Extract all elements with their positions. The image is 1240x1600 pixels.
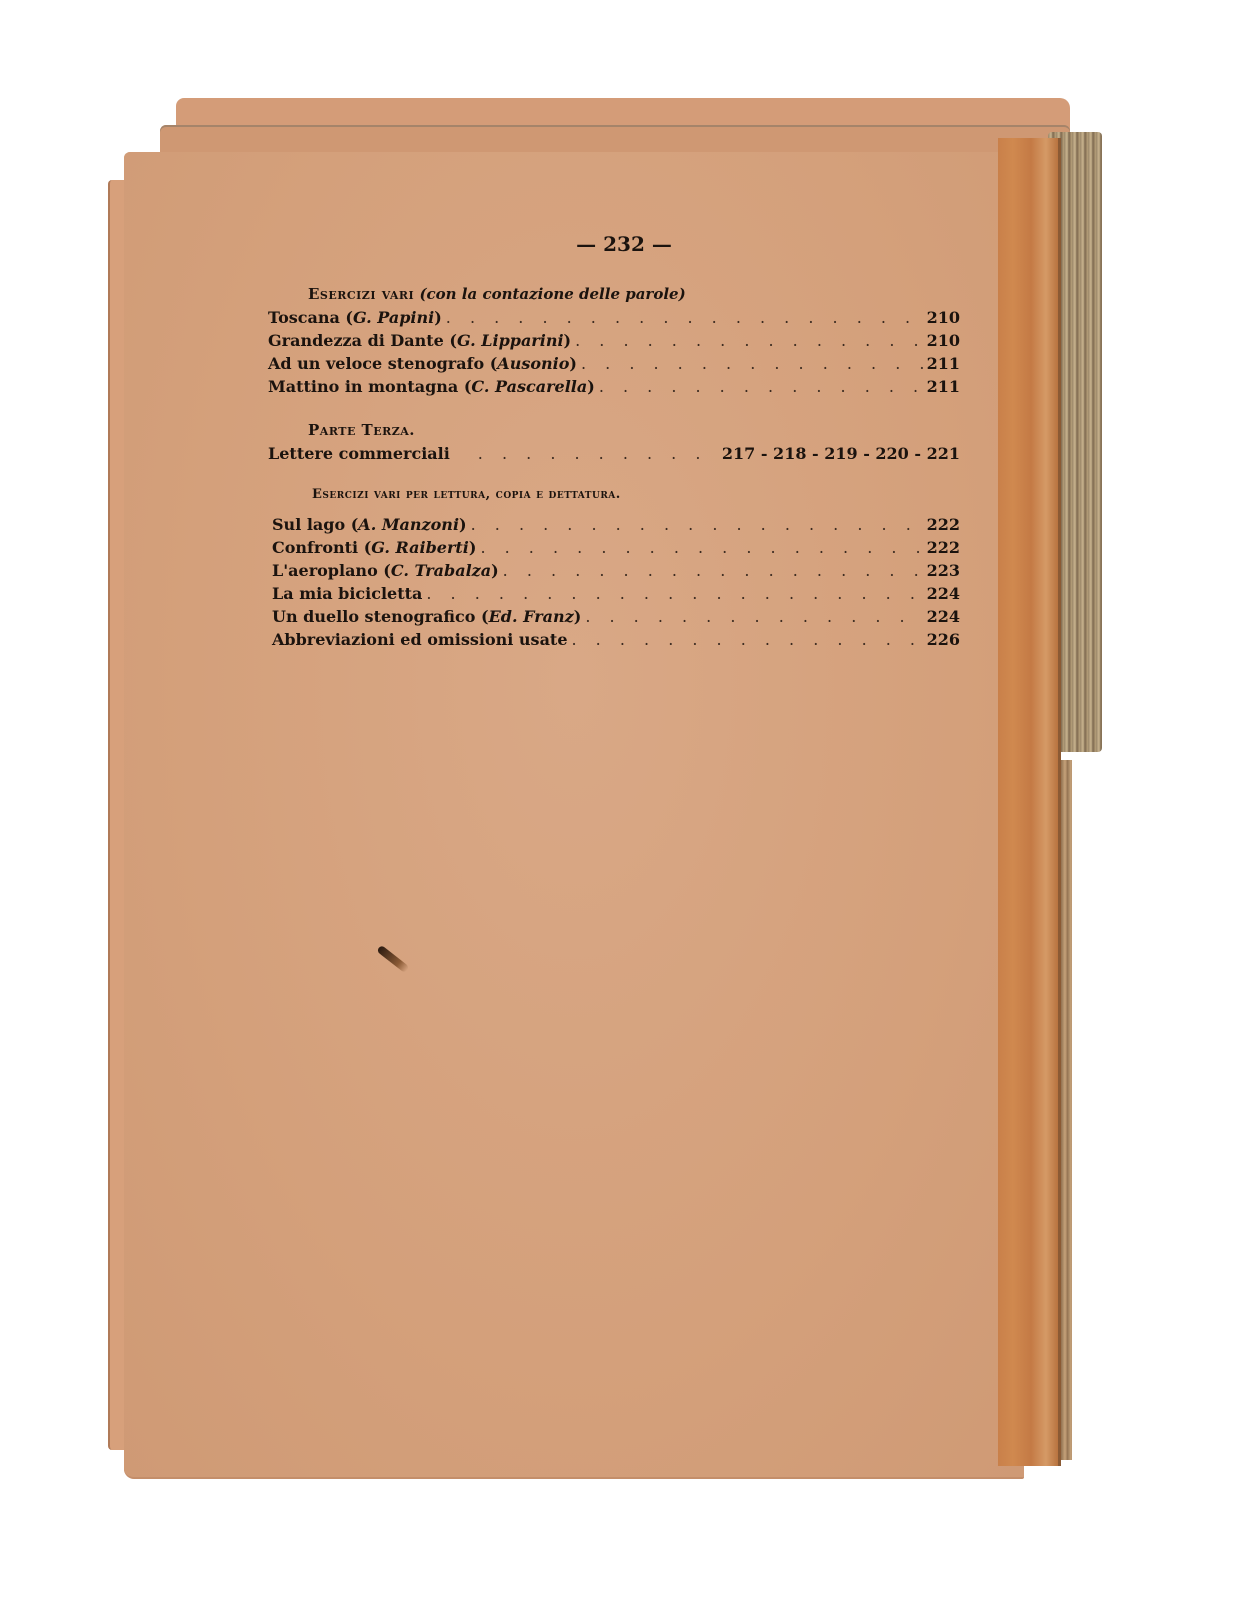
dot-leader bbox=[575, 329, 922, 352]
dot-leader bbox=[446, 306, 923, 329]
section-heading-esercizi-vari: Esercizi vari (con la contazione delle p… bbox=[268, 282, 960, 306]
toc-list-section-1: Toscana (G. Papini) 210 Grandezza di Dan… bbox=[268, 306, 960, 398]
toc-entry[interactable]: Mattino in montagna (C. Pascarella) 211 bbox=[268, 375, 960, 398]
dot-leader bbox=[503, 559, 923, 582]
toc-entry[interactable]: Confronti (G. Raiberti) 222 bbox=[272, 536, 960, 559]
section-heading-caps: Parte Terza. bbox=[308, 421, 415, 439]
toc-entry-page: 217 - 218 - 219 - 220 - 221 bbox=[722, 442, 960, 465]
toc-entry[interactable]: Grandezza di Dante (G. Lipparini) 210 bbox=[268, 329, 960, 352]
dot-leader bbox=[478, 442, 718, 465]
dot-leader bbox=[480, 536, 922, 559]
toc-entry[interactable]: La mia bicicletta 224 bbox=[272, 582, 960, 605]
toc-entry[interactable]: L'aeroplano (C. Trabalza) 223 bbox=[272, 559, 960, 582]
toc-entry-page: 222 bbox=[927, 536, 960, 559]
toc-entry-title: Ad un veloce stenografo (Ausonio) bbox=[268, 352, 577, 375]
toc-entry-title: L'aeroplano (C. Trabalza) bbox=[272, 559, 499, 582]
page-number: — 232 — bbox=[268, 232, 960, 256]
section-heading-caps: Esercizi vari bbox=[308, 285, 414, 303]
toc-entry-title: Grandezza di Dante (G. Lipparini) bbox=[268, 329, 571, 352]
section-heading-parte-terza: Parte Terza. bbox=[268, 418, 960, 442]
toc-list-section-2: Lettere commerciali 217 - 218 - 219 - 22… bbox=[268, 442, 960, 465]
toc-entry-page: 210 bbox=[927, 329, 960, 352]
toc-entry-title: La mia bicicletta bbox=[272, 582, 422, 605]
toc-entry[interactable]: Ad un veloce stenografo (Ausonio) 211 bbox=[268, 352, 960, 375]
toc-entry[interactable]: Sul lago (A. Manzoni) 222 bbox=[272, 513, 960, 536]
book-spine-binding bbox=[998, 138, 1061, 1466]
toc-entry-title: Confronti (G. Raiberti) bbox=[272, 536, 476, 559]
dot-leader bbox=[426, 582, 922, 605]
toc-entry[interactable]: Toscana (G. Papini) 210 bbox=[268, 306, 960, 329]
section-heading-esercizi-lettura: Esercizi vari per lettura, copia e detta… bbox=[268, 483, 960, 507]
toc-entry-title: Abbreviazioni ed omissioni usate bbox=[272, 628, 568, 651]
toc-entry-page: 224 bbox=[927, 605, 960, 628]
section-heading-caps: Esercizi vari per lettura, copia e detta… bbox=[312, 487, 621, 502]
toc-entry-title: Lettere commerciali bbox=[268, 442, 450, 465]
toc-entry-title: Sul lago (A. Manzoni) bbox=[272, 513, 467, 536]
toc-entry-page: 211 bbox=[927, 352, 960, 375]
dot-leader bbox=[581, 352, 923, 375]
table-of-contents: — 232 — Esercizi vari (con la contazione… bbox=[268, 232, 960, 651]
toc-entry[interactable]: Lettere commerciali 217 - 218 - 219 - 22… bbox=[268, 442, 960, 465]
toc-entry-page: 222 bbox=[927, 513, 960, 536]
toc-entry-page: 226 bbox=[927, 628, 960, 651]
toc-entry[interactable]: Abbreviazioni ed omissioni usate 226 bbox=[272, 628, 960, 651]
toc-entry-page: 224 bbox=[927, 582, 960, 605]
toc-entry[interactable]: Un duello stenografico (Ed. Franz) 224 bbox=[272, 605, 960, 628]
toc-entry-page: 223 bbox=[927, 559, 960, 582]
dot-leader bbox=[599, 375, 923, 398]
toc-entry-page: 210 bbox=[927, 306, 960, 329]
toc-entry-title: Toscana (G. Papini) bbox=[268, 306, 442, 329]
dot-leader bbox=[572, 628, 923, 651]
dot-leader bbox=[471, 513, 923, 536]
toc-list-section-3: Sul lago (A. Manzoni) 222 Confronti (G. … bbox=[268, 513, 960, 651]
dot-leader bbox=[585, 605, 922, 628]
toc-entry-title: Un duello stenografico (Ed. Franz) bbox=[272, 605, 581, 628]
toc-entry-page: 211 bbox=[927, 375, 960, 398]
toc-entry-title: Mattino in montagna (C. Pascarella) bbox=[268, 375, 595, 398]
section-heading-note: (con la contazione delle parole) bbox=[419, 285, 685, 303]
